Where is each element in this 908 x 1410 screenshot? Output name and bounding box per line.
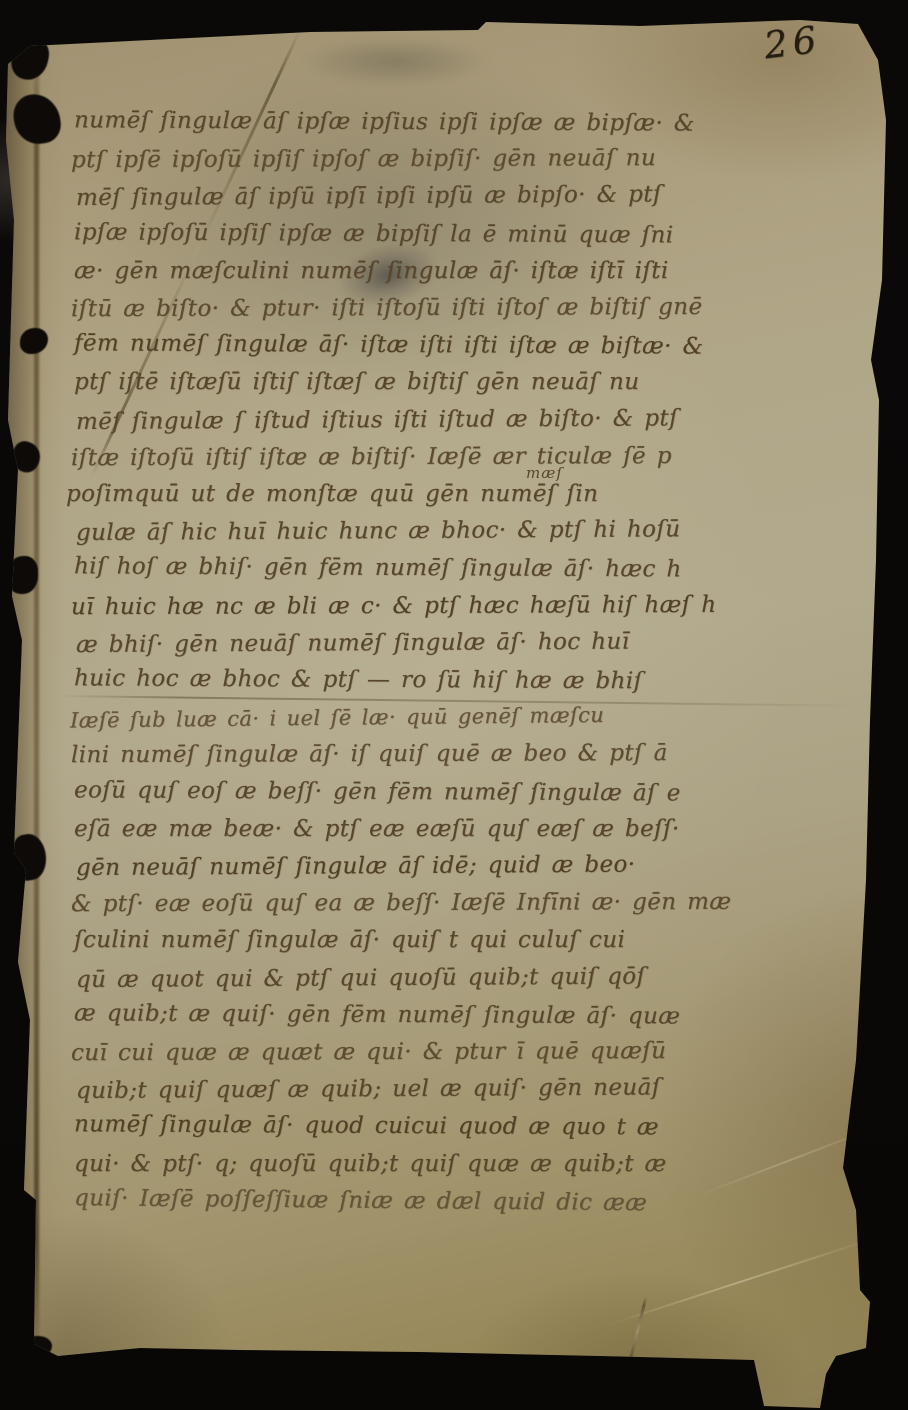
- interlinear-gloss: mæſ: [526, 466, 563, 481]
- text-line: iſtæ iſtoſū iſtiſ iſtæ æ biſtiſ· Iæſē ær…: [71, 438, 731, 478]
- text-line: ptſ ipſē ipſoſū ipſiſ ipſoſ æ bipſiſ· gē…: [71, 140, 731, 180]
- manuscript-photo: 26 numēſ ſingulæ āſ ipſæ ipſius ipſi ipſ…: [0, 0, 908, 1410]
- text-line: eoſū quſ eoſ æ beſſ· gēn fēm numēſ ſingu…: [74, 772, 734, 813]
- text-line: mēſ ſingulæ āſ ipſū ipſī ipſi ipſū æ bip…: [76, 176, 736, 217]
- text-line: uī huic hæ nc æ bli æ c· & ptſ hæc hæſū …: [71, 586, 731, 626]
- crease-scratch: [607, 1236, 880, 1326]
- text-line: & ptſ· eæ eoſū quſ ea æ beſſ· Iæſē Infīn…: [71, 884, 731, 924]
- text-line: fēm numēſ ſingulæ āſ· iſtæ iſti iſti iſt…: [74, 325, 734, 366]
- text-line: ipſæ ipſoſū ipſiſ ipſæ æ bipſiſ la ē min…: [74, 214, 734, 255]
- text-line: numēſ ſingulæ āſ ipſæ ipſius ipſi ipſæ æ…: [74, 102, 734, 143]
- text-line: gulæ āſ hic huī huic hunc æ bhoc· & ptſ …: [76, 511, 736, 552]
- sewing-hole: [6, 556, 38, 594]
- binding-groove: [34, 40, 39, 1350]
- text-line: æ quib;t æ quiſ· gēn fēm numēſ ſingulæ ā…: [74, 995, 734, 1036]
- text-line: mēſ ſingulæ ſ iſtud iſtius iſti iſtud æ …: [76, 400, 736, 441]
- text-line: iſtū æ biſto· & ptur· iſti iſtoſū iſti i…: [71, 289, 731, 329]
- text-line: lini numēſ ſingulæ āſ· iſ quiſ quē æ beo…: [71, 735, 731, 775]
- sewing-hole: [22, 1336, 52, 1358]
- text-line: gēn neuāſ numēſ ſingulæ āſ idē; quid æ b…: [76, 846, 736, 887]
- text-line: hiſ hoſ æ bhiſ· gēn fēm numēſ ſingulæ āſ…: [74, 549, 734, 590]
- text-line: ptſ iſtē iſtæſū iſtiſ iſtæſ æ biſtiſ gēn…: [74, 364, 734, 401]
- text-line: eſā eæ mæ beæ· & ptſ eæ eæſū quſ eæſ æ b…: [74, 811, 734, 848]
- text-line: numēſ ſingulæ āſ· quod cuicui quod æ quo…: [74, 1107, 734, 1148]
- text-block: numēſ ſingulæ āſ ipſæ ipſius ipſi ipſæ æ…: [74, 104, 734, 1220]
- text-line: ſculini numēſ ſingulæ āſ· quiſ t qui cul…: [74, 922, 734, 959]
- text-line: æ bhiſ· gēn neuāſ numēſ ſingulæ āſ· hoc …: [76, 623, 736, 664]
- folio-number: 26: [762, 21, 823, 65]
- text-line: cuī cui quæ æ quæt æ qui· & ptur ī quē q…: [71, 1033, 731, 1073]
- text-line: Iæſē ſub luæ cā· i uel ſē læ· quū genēſ …: [70, 696, 730, 740]
- parchment-page: 26 numēſ ſingulæ āſ ipſæ ipſius ipſi ipſ…: [0, 0, 908, 1410]
- stain: [300, 36, 490, 86]
- text-line: poſimquū ut de monſtæ quū gēn numēſ ſin: [66, 476, 726, 513]
- text-line: quiſ· Iæſē poſſeſſiuæ ſniæ æ dæl quid di…: [74, 1180, 734, 1223]
- crease-fold: [628, 1297, 648, 1366]
- text-line: huic hoc æ bhoc & ptſ — ro ſū hiſ hæ æ b…: [74, 660, 734, 701]
- text-line: qui· & ptſ· q; quoſū quib;t quiſ quæ æ q…: [74, 1146, 734, 1183]
- text-line: quib;t quiſ quæſ æ quib; uel æ quiſ· gēn…: [76, 1069, 736, 1110]
- text-line: æ· gēn mæſculini numēſ ſingulæ āſ· iſtæ …: [74, 253, 734, 290]
- text-line: qū æ quot qui & ptſ qui quoſū quib;t qui…: [76, 958, 736, 999]
